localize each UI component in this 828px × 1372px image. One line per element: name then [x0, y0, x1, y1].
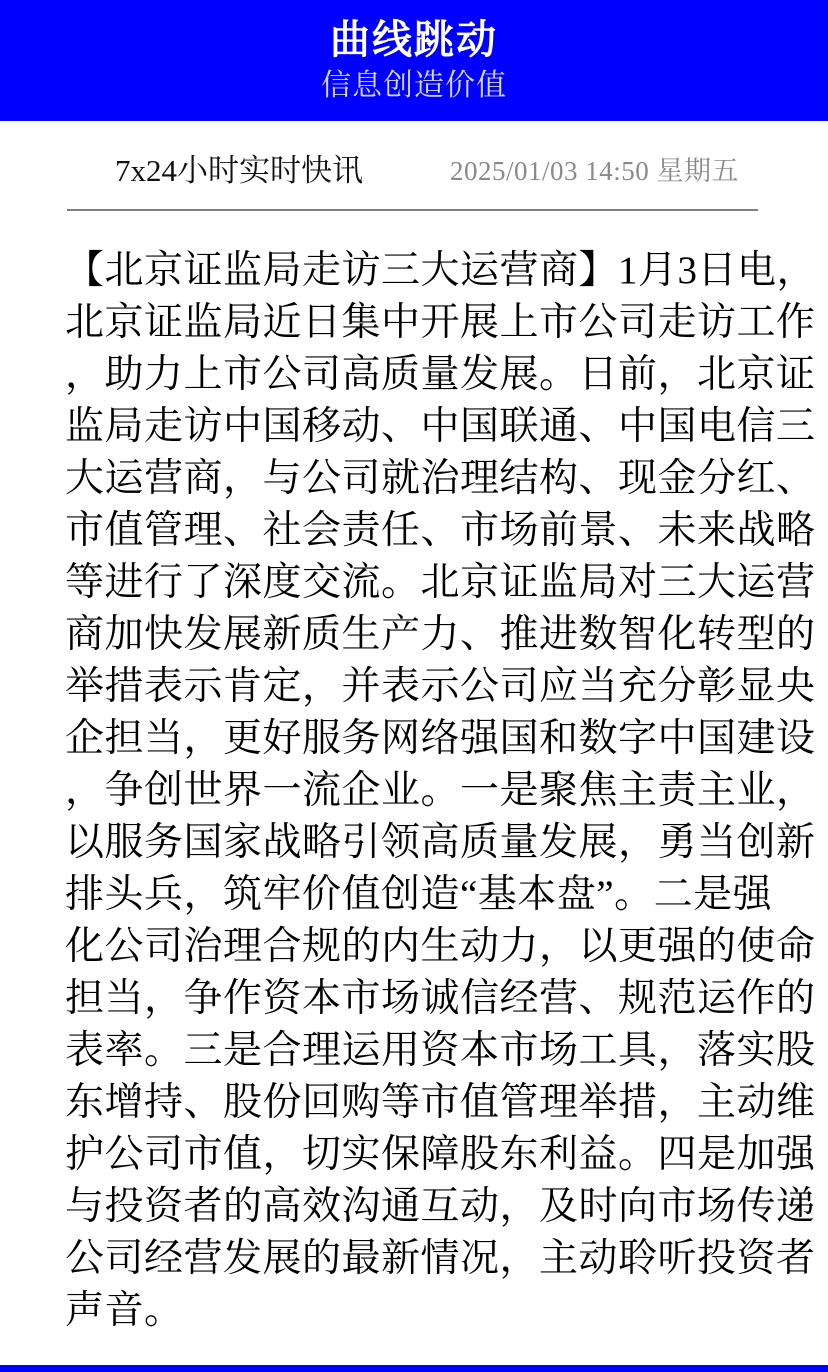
article-line: 举措表示肯定，并表示公司应当充分彰显央 [65, 661, 820, 713]
section-label: 7x24小时实时快讯 [115, 150, 363, 192]
article-line: 商加快发展新质生产力、推进数智化转型的 [65, 609, 820, 661]
article-line: 担当，争作资本市场诚信经营、规范运作的 [65, 973, 820, 1025]
brand-title: 曲线跳动 [0, 0, 828, 63]
article-line: 公司经营发展的最新情况，主动聆听投资者 [65, 1233, 820, 1285]
article-body: 【北京证监局走访三大运营商】1月3日电，北京证监局近日集中开展上市公司走访工作，… [65, 245, 820, 1337]
masthead: 曲线跳动 信息创造价值 [0, 0, 828, 121]
news-flash-page: 曲线跳动 信息创造价值 7x24小时实时快讯 2025/01/03 14:50 … [0, 0, 828, 1372]
article-line: 化公司治理合规的内生动力，以更强的使命 [65, 921, 820, 973]
article-line: 北京证监局近日集中开展上市公司走访工作 [65, 297, 820, 349]
article-line: 声音。 [65, 1285, 820, 1337]
article-line: ，争创世界一流企业。一是聚焦主责主业， [65, 765, 820, 817]
article-line: 监局走访中国移动、中国联通、中国电信三 [65, 401, 820, 453]
article-line: 护公司市值，切实保障股东利益。四是加强 [65, 1129, 820, 1181]
article-line: 企担当，更好服务网络强国和数字中国建设 [65, 713, 820, 765]
article-line: 大运营商，与公司就治理结构、现金分红、 [65, 453, 820, 505]
article-line: 市值管理、社会责任、市场前景、未来战略 [65, 505, 820, 557]
article-line: 等进行了深度交流。北京证监局对三大运营 [65, 557, 820, 609]
article-line: 以服务国家战略引领高质量发展，勇当创新 [65, 817, 820, 869]
article-line: 表率。三是合理运用资本市场工具，落实股 [65, 1025, 820, 1077]
article-line: 排头兵，筑牢价值创造“基本盘”。二是强 [65, 869, 820, 921]
footer-bar [0, 1365, 828, 1372]
article-line: ，助力上市公司高质量发展。日前，北京证 [65, 349, 820, 401]
article-line: 【北京证监局走访三大运营商】1月3日电， [65, 245, 820, 297]
horizontal-divider [67, 209, 758, 211]
brand-slogan: 信息创造价值 [0, 70, 828, 102]
article-line: 与投资者的高效沟通互动，及时向市场传递 [65, 1181, 820, 1233]
subheader-row: 7x24小时实时快讯 2025/01/03 14:50 星期五 [0, 150, 828, 192]
article-line: 东增持、股份回购等市值管理举措，主动维 [65, 1077, 820, 1129]
timestamp: 2025/01/03 14:50 星期五 [450, 150, 739, 192]
